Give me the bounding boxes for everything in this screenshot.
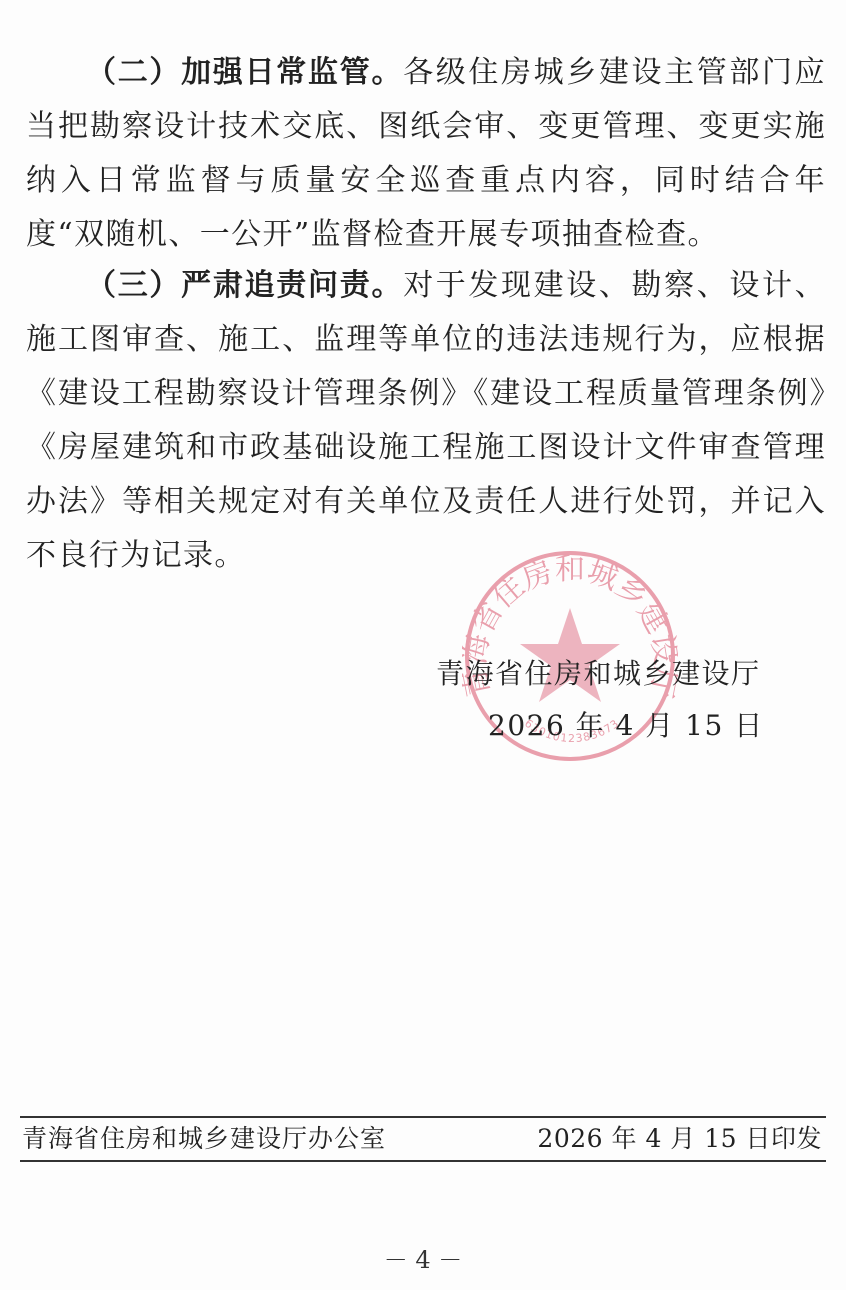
issuance-footer: 青海省住房和城乡建设厅办公室 2026 年 4 月 15 日印发: [20, 1120, 826, 1158]
issuing-office: 青海省住房和城乡建设厅办公室: [22, 1120, 386, 1158]
signing-organization: 青海省住房和城乡建设厅: [430, 648, 790, 700]
page-number: － 4 －: [0, 1240, 846, 1275]
issue-date: 2026 年 4 月 15 日印发: [537, 1120, 822, 1158]
signing-date: 2026 年 4 月 15 日: [430, 700, 790, 752]
footer-rule-bottom: [20, 1160, 826, 1162]
paragraph-heading: （三）严肃追责问责。: [86, 268, 403, 303]
footer-rule-top: [20, 1116, 826, 1118]
paragraph-body: 对于发现建设、勘察、设计、施工图审查、施工、监理等单位的违法违规行为，应根据《建…: [26, 268, 826, 573]
paragraph-strengthen-supervision: （二）加强日常监管。各级住房城乡建设主管部门应当把勘察设计技术交底、图纸会审、变…: [26, 46, 826, 262]
paragraph-accountability: （三）严肃追责问责。对于发现建设、勘察、设计、施工图审查、施工、监理等单位的违法…: [26, 259, 826, 583]
signature-block: 青海省住房和城乡建设厅 2026 年 4 月 15 日: [430, 648, 790, 752]
document-page: （二）加强日常监管。各级住房城乡建设主管部门应当把勘察设计技术交底、图纸会审、变…: [0, 0, 846, 1290]
paragraph-heading: （二）加强日常监管。: [86, 55, 403, 90]
